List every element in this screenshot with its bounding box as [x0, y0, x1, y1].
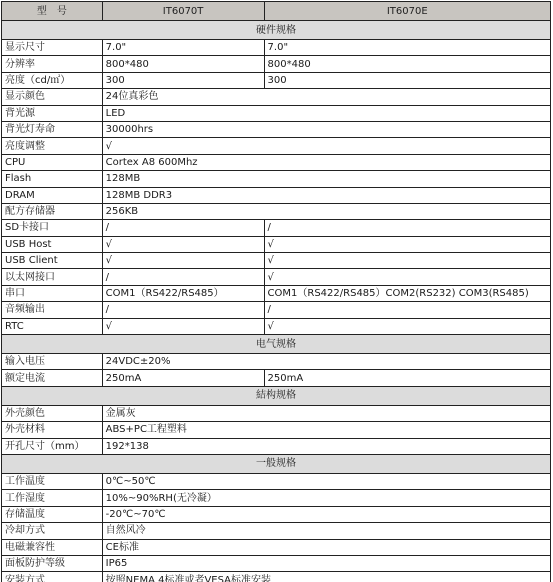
- section-header-row: 一般规格: [2, 454, 551, 473]
- spec-row: RTC√√: [2, 318, 551, 334]
- spec-value: ABS+PC工程塑料: [102, 422, 550, 438]
- spec-value-it6070e: /: [264, 220, 550, 236]
- spec-value-it6070e: 7.0": [264, 40, 550, 56]
- spec-label: DRAM: [2, 187, 103, 203]
- spec-row: 分辨率800*480800*480: [2, 56, 551, 72]
- spec-row: 以太网接口/√: [2, 269, 551, 285]
- spec-value-it6070t: 7.0": [102, 40, 264, 56]
- spec-label: 亮度（cd/㎡）: [2, 72, 103, 88]
- spec-row: 面板防护等级IP65: [2, 555, 551, 571]
- section-header-row: 結构规格: [2, 386, 551, 405]
- spec-row: 背光灯寿命30000hrs: [2, 121, 551, 137]
- spec-value-it6070t: COM1（RS422/RS485）: [102, 285, 264, 301]
- spec-label: 音频输出: [2, 302, 103, 318]
- spec-row: 冷却方式自然风冷: [2, 523, 551, 539]
- spec-value: Cortex A8 600Mhz: [102, 154, 550, 170]
- spec-value: 自然风冷: [102, 523, 550, 539]
- spec-row: 开孔尺寸（mm）192*138: [2, 438, 551, 454]
- spec-row: 背光源LED: [2, 105, 551, 121]
- spec-label: 输入电压: [2, 354, 103, 370]
- spec-row: DRAM128MB DDR3: [2, 187, 551, 203]
- spec-label: 分辨率: [2, 56, 103, 72]
- spec-row: 外壳材料ABS+PC工程塑料: [2, 422, 551, 438]
- spec-value-it6070e: 800*480: [264, 56, 550, 72]
- model-header-it6070t: IT6070T: [102, 2, 264, 21]
- spec-value: 128MB DDR3: [102, 187, 550, 203]
- spec-label: CPU: [2, 154, 103, 170]
- spec-value: 192*138: [102, 438, 550, 454]
- spec-value-it6070e: 250mA: [264, 370, 550, 386]
- spec-row: 安装方式按照NEMA 4标准或者VESA标准安装: [2, 572, 551, 582]
- spec-row: 亮度（cd/㎡）300300: [2, 72, 551, 88]
- spec-label: Flash: [2, 171, 103, 187]
- spec-label: USB Client: [2, 253, 103, 269]
- spec-row: Flash128MB: [2, 171, 551, 187]
- spec-value-it6070t: √: [102, 318, 264, 334]
- model-header-it6070e: IT6070E: [264, 2, 550, 21]
- spec-label: 配方存储器: [2, 203, 103, 219]
- header-row: 型 号 IT6070T IT6070E: [2, 2, 551, 21]
- spec-value-it6070t: √: [102, 253, 264, 269]
- spec-value-it6070e: √: [264, 236, 550, 252]
- spec-value-it6070t: /: [102, 302, 264, 318]
- spec-row: 亮度调整√: [2, 138, 551, 154]
- spec-value: 128MB: [102, 171, 550, 187]
- spec-value-it6070t: /: [102, 220, 264, 236]
- spec-row: 显示颜色24位真彩色: [2, 89, 551, 105]
- spec-value: 金属灰: [102, 405, 550, 421]
- spec-value: LED: [102, 105, 550, 121]
- spec-label: 存储温度: [2, 506, 103, 522]
- spec-row: USB Host√√: [2, 236, 551, 252]
- spec-value: 按照NEMA 4标准或者VESA标准安装: [102, 572, 550, 582]
- spec-label: SD卡接口: [2, 220, 103, 236]
- spec-row: 额定电流250mA250mA: [2, 370, 551, 386]
- spec-row: 输入电压24VDC±20%: [2, 354, 551, 370]
- spec-value: 30000hrs: [102, 121, 550, 137]
- model-label-header: 型 号: [2, 2, 103, 21]
- section-title: 一般规格: [2, 454, 551, 473]
- spec-label: 电磁兼容性: [2, 539, 103, 555]
- spec-value: 0℃~50℃: [102, 473, 550, 489]
- spec-row: USB Client√√: [2, 253, 551, 269]
- spec-value: 10%~90%RH(无冷凝）: [102, 490, 550, 506]
- spec-label: USB Host: [2, 236, 103, 252]
- spec-value: IP65: [102, 555, 550, 571]
- spec-table: 型 号 IT6070T IT6070E 硬件规格显示尺寸7.0"7.0"分辨率8…: [1, 1, 551, 582]
- spec-value: -20℃~70℃: [102, 506, 550, 522]
- spec-label: 显示尺寸: [2, 40, 103, 56]
- spec-value-it6070e: √: [264, 318, 550, 334]
- spec-label: 安装方式: [2, 572, 103, 582]
- spec-row: 串口COM1（RS422/RS485）COM1（RS422/RS485）COM2…: [2, 285, 551, 301]
- spec-value: √: [102, 138, 550, 154]
- spec-row: SD卡接口//: [2, 220, 551, 236]
- spec-row: 配方存储器256KB: [2, 203, 551, 219]
- section-header-row: 硬件规格: [2, 21, 551, 40]
- spec-label: 串口: [2, 285, 103, 301]
- spec-label: 冷却方式: [2, 523, 103, 539]
- spec-label: 亮度调整: [2, 138, 103, 154]
- spec-value: 256KB: [102, 203, 550, 219]
- spec-label: RTC: [2, 318, 103, 334]
- spec-row: 外壳颜色金属灰: [2, 405, 551, 421]
- spec-value-it6070e: /: [264, 302, 550, 318]
- spec-label: 以太网接口: [2, 269, 103, 285]
- spec-label: 背光源: [2, 105, 103, 121]
- spec-label: 工作湿度: [2, 490, 103, 506]
- spec-value-it6070t: 250mA: [102, 370, 264, 386]
- spec-row: 音频输出//: [2, 302, 551, 318]
- spec-row: 电磁兼容性CE标准: [2, 539, 551, 555]
- spec-value: 24VDC±20%: [102, 354, 550, 370]
- spec-label: 显示颜色: [2, 89, 103, 105]
- spec-row: 工作温度0℃~50℃: [2, 473, 551, 489]
- spec-row: 工作湿度10%~90%RH(无冷凝）: [2, 490, 551, 506]
- spec-row: 存储温度-20℃~70℃: [2, 506, 551, 522]
- spec-value-it6070e: COM1（RS422/RS485）COM2(RS232) COM3(RS485): [264, 285, 550, 301]
- section-title: 电气规格: [2, 335, 551, 354]
- section-header-row: 电气规格: [2, 335, 551, 354]
- spec-row: 显示尺寸7.0"7.0": [2, 40, 551, 56]
- spec-label: 面板防护等级: [2, 555, 103, 571]
- spec-value: 24位真彩色: [102, 89, 550, 105]
- spec-value-it6070t: √: [102, 236, 264, 252]
- spec-label: 额定电流: [2, 370, 103, 386]
- spec-label: 外壳材料: [2, 422, 103, 438]
- spec-value-it6070e: 300: [264, 72, 550, 88]
- spec-label: 外壳颜色: [2, 405, 103, 421]
- spec-value-it6070e: √: [264, 269, 550, 285]
- spec-label: 工作温度: [2, 473, 103, 489]
- spec-value-it6070t: /: [102, 269, 264, 285]
- spec-label: 背光灯寿命: [2, 121, 103, 137]
- spec-value: CE标准: [102, 539, 550, 555]
- spec-value-it6070t: 800*480: [102, 56, 264, 72]
- section-title: 結构规格: [2, 386, 551, 405]
- spec-value-it6070t: 300: [102, 72, 264, 88]
- section-title: 硬件规格: [2, 21, 551, 40]
- spec-label: 开孔尺寸（mm）: [2, 438, 103, 454]
- spec-row: CPUCortex A8 600Mhz: [2, 154, 551, 170]
- spec-value-it6070e: √: [264, 253, 550, 269]
